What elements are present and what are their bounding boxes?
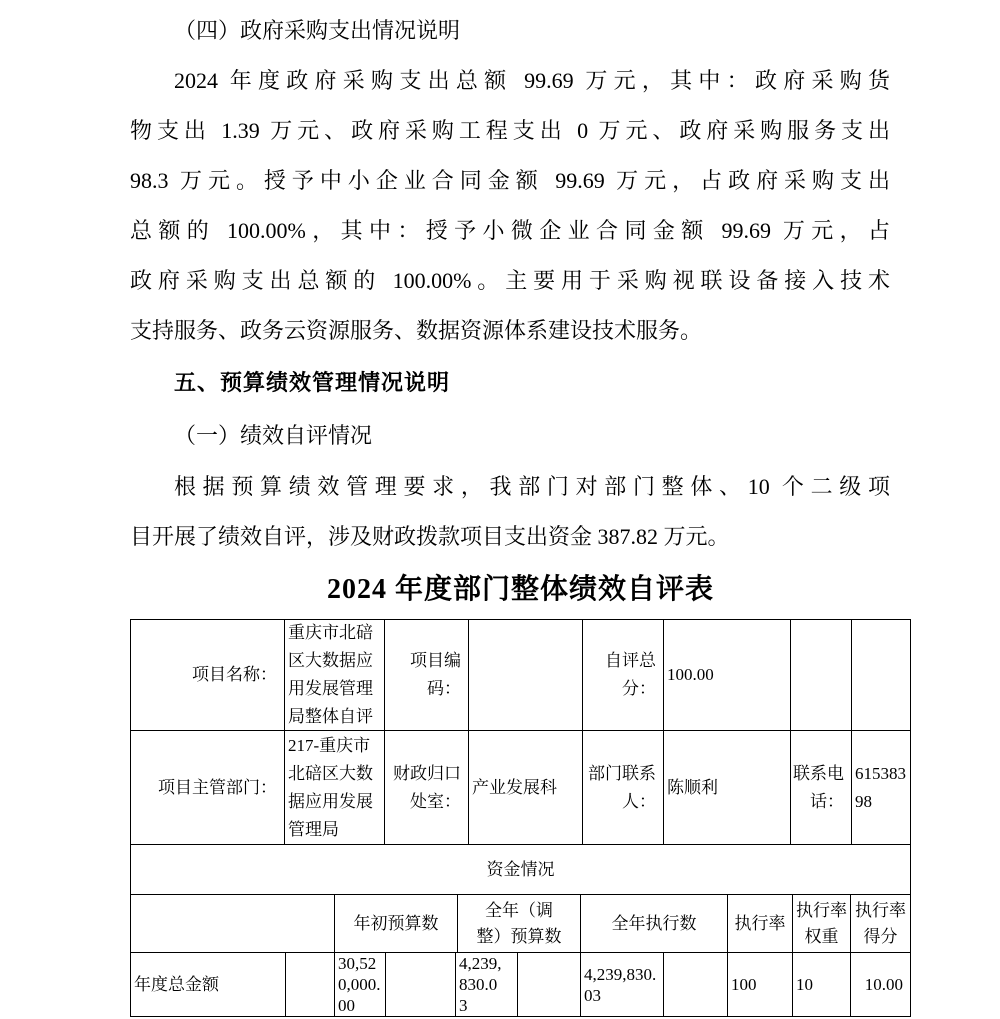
selfeval-paragraph: 根据预算绩效管理要求，我部门对部门整体、10 个二级项目开展了绩效自评，涉及财政… bbox=[130, 462, 890, 562]
cell-contact-value: 陈顺利 bbox=[664, 731, 791, 845]
procurement-paragraph: 2024 年度政府采购支出总额 99.69 万元，其中：政府采购货物支出 1.3… bbox=[130, 56, 890, 356]
cell-self-score-label: 自评总 分： bbox=[583, 620, 664, 731]
cell-header-execution: 全年执行数 bbox=[581, 895, 728, 953]
cell-total-rate-score: 10.00 bbox=[851, 953, 911, 1017]
cell-project-empty-2 bbox=[852, 620, 911, 731]
text-line: 根据预算绩效管理要求，我部门对部门整体、10 个二级项 bbox=[130, 462, 890, 512]
cell-header-rate-weight: 执行率 权重 bbox=[793, 895, 851, 953]
table-row-department: 项目主管部门： 217-重庆市 北碚区大数 据应用发展 管理局 财政归口 处室：… bbox=[131, 731, 911, 845]
cell-header-adjusted-budget: 全年（调 整）预算数 bbox=[458, 895, 581, 953]
subsection-heading-selfeval: （一）绩效自评情况 bbox=[130, 410, 890, 462]
cell-contact-label: 部门联系 人： bbox=[583, 731, 664, 845]
cell-total-label: 年度总金额 bbox=[131, 953, 286, 1017]
cell-total-empty-1 bbox=[286, 953, 335, 1017]
cell-dept-label: 项目主管部门： bbox=[131, 731, 285, 845]
text-line: 总额的 100.00%，其中：授予小微企业合同金额 99.69 万元，占 bbox=[130, 206, 890, 256]
text-line: 98.3 万元。授予中小企业合同金额 99.69 万元，占政府采购支出 bbox=[130, 156, 890, 206]
cell-project-code-label: 项目编 码： bbox=[385, 620, 469, 731]
cell-total-execution-rate: 100 bbox=[728, 953, 793, 1017]
cell-finance-value: 产业发展科 bbox=[469, 731, 583, 845]
section-heading-procurement: （四）政府采购支出情况说明 bbox=[130, 6, 890, 56]
table-row-funds-header: 年初预算数 全年（调 整）预算数 全年执行数 执行率 执行率 权重 执行率 得分 bbox=[131, 895, 911, 953]
cell-self-score-value: 100.00 bbox=[664, 620, 791, 731]
text-line: 物支出 1.39 万元、政府采购工程支出 0 万元、政府采购服务支出 bbox=[130, 106, 890, 156]
cell-funds-section-title: 资金情况 bbox=[131, 845, 911, 895]
cell-project-name-value: 重庆市北碚 区大数据应 用发展管理 局整体自评 bbox=[285, 620, 385, 731]
cell-header-spacer bbox=[131, 895, 335, 953]
table-row-project: 项目名称： 重庆市北碚 区大数据应 用发展管理 局整体自评 项目编 码： 自评总… bbox=[131, 620, 911, 731]
cell-total-rate-weight: 10 bbox=[793, 953, 851, 1017]
section-heading-performance: 五、预算绩效管理情况说明 bbox=[130, 356, 890, 410]
cell-total-execution: 4,239,830. 03 bbox=[581, 953, 664, 1017]
cell-finance-label: 财政归口 处室： bbox=[385, 731, 469, 845]
text-line: 支持服务、政务云资源服务、数据资源体系建设技术服务。 bbox=[130, 306, 890, 356]
cell-project-empty-1 bbox=[791, 620, 852, 731]
cell-phone-value: 615383 98 bbox=[852, 731, 911, 845]
cell-total-empty-3 bbox=[518, 953, 581, 1017]
text-line: 政府采购支出总额的 100.00%。主要用于采购视联设备接入技术 bbox=[130, 256, 890, 306]
text-line: 2024 年度政府采购支出总额 99.69 万元，其中：政府采购货 bbox=[130, 56, 890, 106]
table-row-funds-section: 资金情况 bbox=[131, 845, 911, 895]
text-line: 目开展了绩效自评，涉及财政拨款项目支出资金 387.82 万元。 bbox=[130, 512, 890, 562]
cell-total-empty-4 bbox=[664, 953, 728, 1017]
cell-total-adjusted-budget: 4,239, 830.0 3 bbox=[456, 953, 518, 1017]
self-evaluation-table: 项目名称： 重庆市北碚 区大数据应 用发展管理 局整体自评 项目编 码： 自评总… bbox=[130, 619, 911, 1017]
cell-total-empty-2 bbox=[386, 953, 456, 1017]
cell-project-name-label: 项目名称： bbox=[131, 620, 285, 731]
cell-dept-value: 217-重庆市 北碚区大数 据应用发展 管理局 bbox=[285, 731, 385, 845]
cell-header-initial-budget: 年初预算数 bbox=[335, 895, 458, 953]
document-page: （四）政府采购支出情况说明 2024 年度政府采购支出总额 99.69 万元，其… bbox=[0, 0, 1000, 1017]
cell-header-rate-score: 执行率 得分 bbox=[851, 895, 911, 953]
table-row-annual-total: 年度总金额 30,52 0,000. 00 4,239, 830.0 3 4,2… bbox=[131, 953, 911, 1017]
cell-project-code-value bbox=[469, 620, 583, 731]
table-title: 2024 年度部门整体绩效自评表 bbox=[130, 568, 911, 612]
cell-header-execution-rate: 执行率 bbox=[728, 895, 793, 953]
cell-phone-label: 联系电 话： bbox=[791, 731, 852, 845]
cell-total-initial-budget: 30,52 0,000. 00 bbox=[335, 953, 386, 1017]
